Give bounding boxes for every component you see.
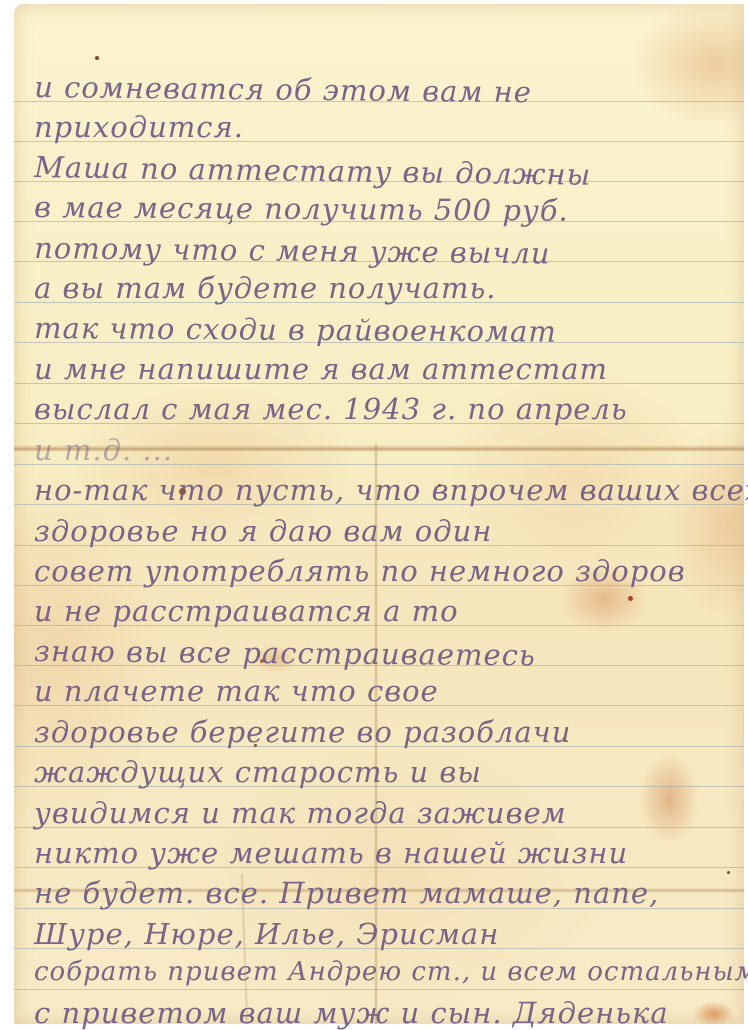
letter-line-10: и т.д. ...: [34, 433, 734, 467]
letter-line-6: а вы там будете получать.: [34, 271, 734, 305]
letter-line-7: так что сходи в райвоенкомат: [34, 311, 734, 350]
letter-line-5: потому что с меня уже вычли: [34, 231, 734, 272]
letter-line-4: в мае месяце получить 500 руб.: [34, 190, 734, 229]
ink-speck: [95, 56, 99, 60]
letter-line-13: совет употреблять по немного здоров: [34, 554, 734, 588]
ink-speck: [727, 871, 730, 874]
letter-page: и сомневатся об этом вам не приходится. …: [14, 4, 744, 1024]
letter-line-21: не будет. все. Привет мамаше, папе,: [34, 876, 734, 910]
letter-line-14: и не расстраиватся а то: [34, 594, 734, 628]
letter-line-19: увидимся и так тогда заживем: [34, 796, 734, 830]
letter-line-20: никто уже мешать в нашей жизни: [34, 836, 734, 870]
letter-line-9: выслал с мая мес. 1943 г. по апрель: [34, 392, 734, 426]
letter-line-2: приходится.: [34, 110, 734, 144]
letter-line-3: Маша по аттестату вы должны: [34, 150, 734, 194]
letter-line-8: и мне напишите я вам аттестат: [34, 352, 734, 386]
letter-line-17: здоровье берегите во разоблачи: [34, 715, 734, 749]
letter-line-22: Шуре, Нюре, Илье, Эрисман: [34, 917, 734, 951]
ruled-line: [14, 989, 744, 990]
letter-line-1: и сомневатся об этом вам не: [34, 70, 734, 111]
letter-line-18: жаждущих старость и вы: [34, 755, 734, 789]
letter-line-16: и плачете так что свое: [34, 674, 734, 708]
letter-line-23: собрать привет Андрею ст., и всем осталь…: [34, 957, 734, 987]
letter-line-12: здоровье но я даю вам один: [34, 514, 734, 548]
letter-line-15: знаю вы все расстраиваетесь: [34, 634, 734, 674]
letter-line-24: с приветом ваш муж и сын. Дяденька: [34, 996, 734, 1024]
letter-line-11: но-так что пусть, что впрочем ваших всех: [34, 473, 734, 507]
